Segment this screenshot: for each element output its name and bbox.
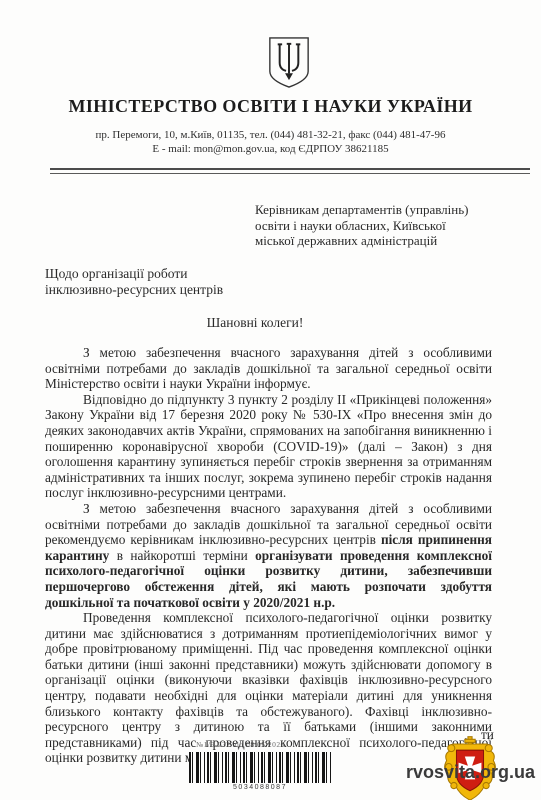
addressee-line: освіти і науки обласних, Київської bbox=[255, 218, 485, 234]
barcode bbox=[189, 752, 331, 783]
letterhead-address: пр. Перемоги, 10, м.Київ, 01135, тел. (0… bbox=[0, 129, 541, 156]
letterhead-divider bbox=[50, 168, 530, 174]
addressee-line: міської державних адміністрацій bbox=[255, 233, 485, 249]
scanned-letter-page: МІНІСТЕРСТВО ОСВІТИ І НАУКИ УКРАЇНИ пр. … bbox=[0, 0, 541, 800]
address-line: Е - mail: mon@mon.gov.ua, код ЄДРПОУ 386… bbox=[0, 143, 541, 157]
registration-stamp: №1/9-232 від 08.05.2020 bbox=[196, 740, 346, 749]
address-line: пр. Перемоги, 10, м.Київ, 01135, тел. (0… bbox=[0, 129, 541, 143]
salutation: Шановні колеги! bbox=[45, 315, 465, 331]
body-paragraphs: З метою забезпечення вчасного зарахуванн… bbox=[45, 345, 492, 766]
watermark-site-text: rvosvita.org.ua bbox=[406, 762, 535, 783]
subject-line: інклюзивно-ресурсних центрів bbox=[45, 282, 285, 298]
paragraph: З метою забезпечення вчасного зарахуванн… bbox=[45, 501, 492, 610]
subject-block: Щодо організації роботи інклюзивно-ресур… bbox=[45, 266, 285, 298]
ministry-title: МІНІСТЕРСТВО ОСВІТИ І НАУКИ УКРАЇНИ bbox=[0, 96, 541, 117]
paragraph: З метою забезпечення вчасного зарахуванн… bbox=[45, 345, 492, 392]
tryzub-emblem-icon bbox=[266, 36, 312, 90]
subject-line: Щодо організації роботи bbox=[45, 266, 285, 282]
barcode-number: 5034088087 bbox=[189, 784, 331, 791]
paragraph: Відповідно до підпункту 3 пункту 2 розді… bbox=[45, 392, 492, 501]
addressee-block: Керівникам департаментів (управлінь) осв… bbox=[255, 202, 485, 249]
addressee-line: Керівникам департаментів (управлінь) bbox=[255, 202, 485, 218]
